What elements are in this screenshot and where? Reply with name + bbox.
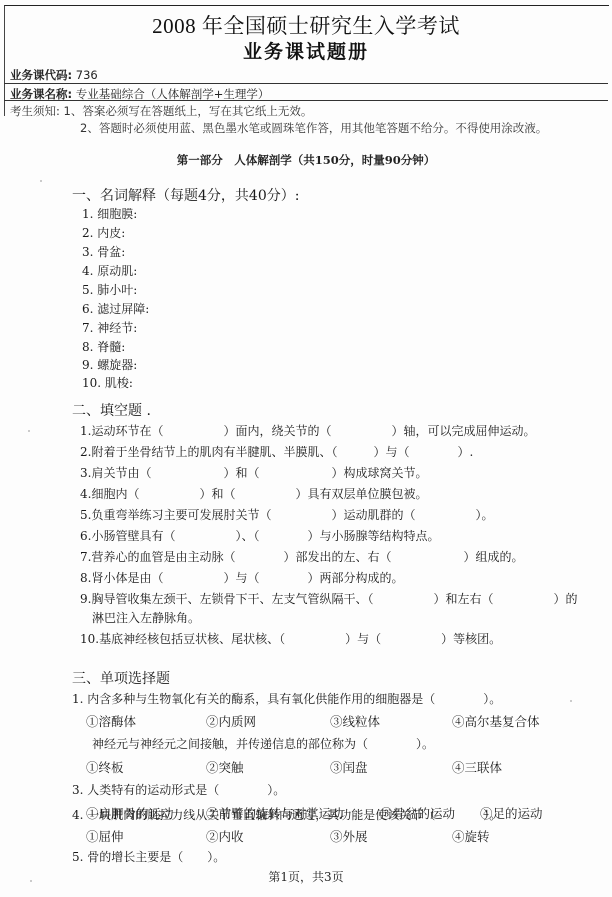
option: ③外展 <box>330 827 368 845</box>
exam-page: 2008 年全国硕士研究生入学考试 业务课试题册 业务课代码: 736 业务课名… <box>0 0 612 897</box>
option: ①屈伸 <box>86 827 124 845</box>
option: ③线粒体 <box>330 712 380 730</box>
term-item: 10. 肌梭: <box>82 374 133 391</box>
course-code-line: 业务课代码: 736 <box>10 67 98 83</box>
exam-title: 2008 年全国硕士研究生入学考试 <box>0 10 612 40</box>
page-number: 第1页，共3页 <box>0 868 612 885</box>
fill-item: 2.附着于坐骨结节上的肌肉有半腱肌、半膜肌、（ ）与（ ）. <box>80 443 473 460</box>
term-item: 3. 骨盆: <box>82 243 125 260</box>
term-item: 6. 滤过屏障: <box>82 300 149 317</box>
fill-item: 10.基底神经核包括豆状核、尾状核、（ ）与（ ）等核团。 <box>80 630 501 647</box>
scan-speck <box>30 880 32 882</box>
fill-item-continued: 淋巴注入左静脉角。 <box>92 609 200 626</box>
term-item: 2. 内皮: <box>82 224 125 241</box>
notice-item: 2、答题时必须使用蓝、黑色墨水笔或圆珠笔作答，用其他笔答题不给分。不得使用涂改液… <box>80 121 547 135</box>
section-heading: 二、填空题 . <box>72 400 151 420</box>
fill-item: 3.肩关节由（ ）和（ ）构成球窝关节。 <box>80 464 427 481</box>
notice-line-1: 考生须知: 1、答案必须写在答题纸上，写在其它纸上无效。 <box>10 103 312 119</box>
option: ②突触 <box>206 758 244 776</box>
term-item: 5. 肺小叶: <box>82 281 137 298</box>
question-stem: 5. 骨的增长主要是（ ）。 <box>72 848 225 865</box>
fill-item: 1.运动环节在（ ）面内，绕关节的（ ）轴，可以完成屈伸运动。 <box>80 422 535 439</box>
term-item: 7. 神经节: <box>82 319 137 336</box>
course-code: 736 <box>76 68 98 82</box>
course-name-label: 业务课名称: <box>10 87 72 101</box>
option: ④高尔基复合体 <box>452 712 540 730</box>
fill-item: 4.细胞内（ ）和（ ）具有双层单位膜包被。 <box>80 485 427 502</box>
fill-item: 9.胸导管收集左颈干、左锁骨下干、左支气管纵隔干、（ ）和左右（ ）的 <box>80 590 577 607</box>
fill-item: 8.肾小体是由（ ）与（ ）两部分构成的。 <box>80 569 403 586</box>
notice-line-2: 2、答题时必须使用蓝、黑色墨水笔或圆珠笔作答，用其他笔答题不给分。不得使用涂改液… <box>80 120 547 136</box>
option: ④旋转 <box>452 827 490 845</box>
fill-item: 7.营养心的血管是由主动脉（ ）部发出的左、右（ ）组成的。 <box>80 548 523 565</box>
section-heading: 三、单项选择题 <box>72 668 170 688</box>
term-item: 1. 细胞膜: <box>82 205 137 222</box>
term-item: 8. 脊髓: <box>82 338 125 355</box>
notice-item: 1、答案必须写在答题纸上，写在其它纸上无效。 <box>64 104 313 118</box>
option: ③闰盘 <box>330 758 368 776</box>
term-item: 4. 原动肌: <box>82 262 137 279</box>
option: ①终板 <box>86 758 124 776</box>
section-heading: 一、名词解释（每题4分，共40分）: <box>72 185 299 205</box>
divider <box>4 83 608 84</box>
course-name: 专业基础综合（人体解剖学+生理学） <box>76 87 270 101</box>
part-title: 第一部分 人体解剖学（共150分，时量90分钟） <box>0 152 612 168</box>
course-code-label: 业务课代码: <box>10 68 72 82</box>
option: ②内质网 <box>206 712 256 730</box>
option: ④三联体 <box>452 758 502 776</box>
question-stem: 1. 内含多种与生物氧化有关的酶系，具有氧化供能作用的细胞器是（ ）。 <box>72 690 501 707</box>
question-stem: 4. 一块肌肉的肌拉力线从关节垂直轴斜向通过，其功能是使该关节（ ）。 <box>72 806 501 823</box>
fill-item: 5.负重弯举练习主要可发展肘关节（ ）运动肌群的（ ）。 <box>80 506 493 523</box>
notice-label: 考生须知: <box>10 104 60 118</box>
scan-speck <box>570 700 572 702</box>
divider <box>4 100 608 101</box>
option: ①溶酶体 <box>86 712 136 730</box>
question-stem: 神经元与神经元之间接触，并传递信息的部位称为（ ）。 <box>92 735 434 752</box>
term-item: 9. 螺旋器: <box>82 356 137 373</box>
scan-speck <box>28 430 30 432</box>
exam-subtitle: 业务课试题册 <box>0 37 612 64</box>
question-stem: 3. 人类特有的运动形式是（ ）。 <box>72 781 285 798</box>
scan-speck <box>40 180 42 182</box>
fill-item: 6.小肠管壁具有（ ）、（ ）与小肠腺等结构特点。 <box>80 527 439 544</box>
option: ②内收 <box>206 827 244 845</box>
